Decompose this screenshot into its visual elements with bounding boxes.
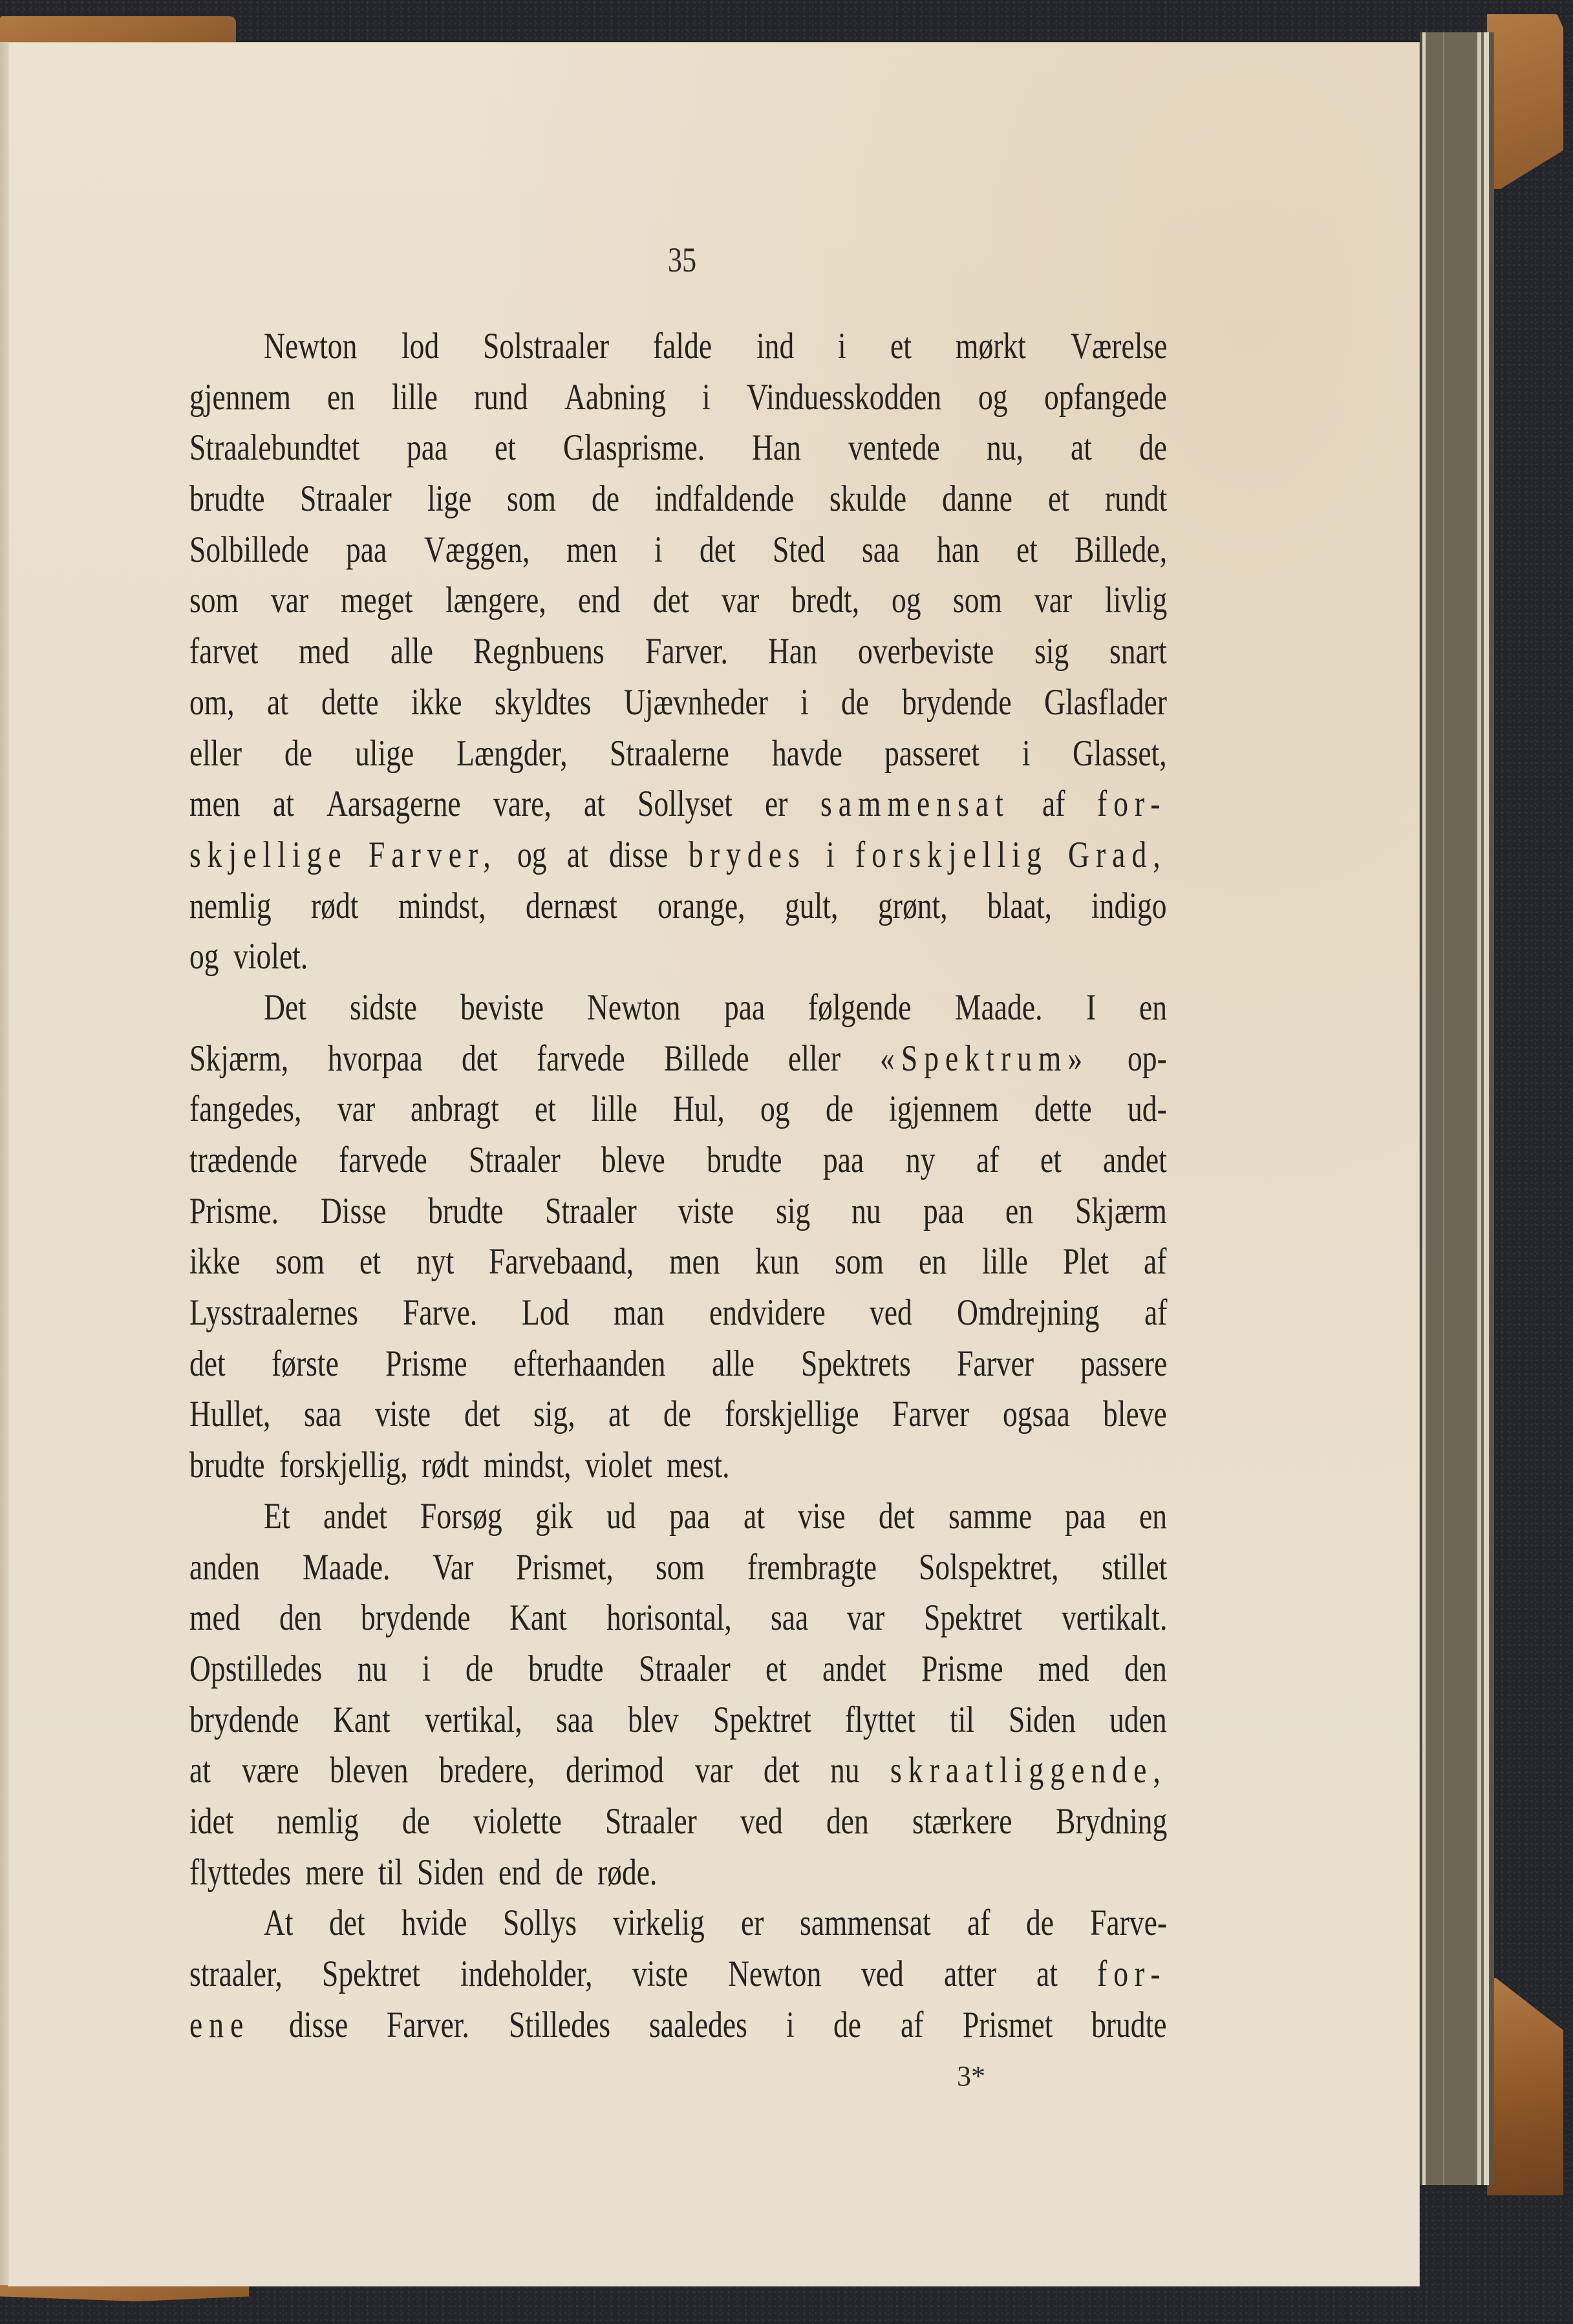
word: Straaler	[469, 1142, 561, 1179]
word: skulde	[829, 480, 906, 518]
word: snart	[1109, 633, 1167, 670]
word: Var	[433, 1549, 473, 1586]
word: det	[879, 1498, 915, 1535]
word: mest.	[667, 1447, 730, 1484]
word: Siden	[1009, 1701, 1076, 1739]
word: blev	[628, 1701, 679, 1739]
word: straaler,	[189, 1956, 283, 1993]
word: trædende	[189, 1142, 297, 1179]
word: violet	[585, 1447, 652, 1484]
word: en	[919, 1243, 947, 1281]
word: med	[1038, 1650, 1089, 1688]
text-line: gjennemenlillerundAabningiVinduesskodden…	[189, 379, 1167, 430]
word: anden	[189, 1549, 260, 1586]
word: som	[953, 582, 1002, 619]
word: som	[275, 1243, 325, 1281]
word: de	[841, 684, 869, 721]
word: saa	[771, 1599, 808, 1637]
word: paa	[407, 429, 447, 467]
text-line: SolbilledepaaVæggen,menidetStedsaahanetB…	[189, 531, 1167, 582]
word: flyttet	[845, 1701, 915, 1739]
word: Straalerne	[610, 735, 729, 773]
word: han	[937, 531, 979, 569]
word: ved	[870, 1294, 912, 1332]
word: meget	[341, 582, 412, 619]
word: Farvebaand,	[489, 1243, 634, 1281]
word: viste	[632, 1956, 688, 1993]
word: forskjellig,	[279, 1447, 408, 1484]
word: den	[826, 1803, 869, 1840]
word: Opstilledes	[189, 1650, 322, 1688]
word: danne	[942, 480, 1012, 518]
word: lille	[392, 379, 438, 416]
word: Billede,	[1075, 531, 1167, 569]
word: er	[741, 1904, 764, 1942]
word: de	[1026, 1904, 1054, 1942]
word: rundt	[1105, 480, 1167, 518]
word: og	[978, 379, 1008, 416]
word: Spektrets	[801, 1345, 911, 1383]
word: horisontal,	[606, 1599, 732, 1637]
word: de	[465, 1650, 493, 1688]
word: paa	[1065, 1498, 1106, 1535]
word: havde	[772, 735, 842, 773]
word: var	[722, 582, 759, 619]
word: I	[1086, 989, 1096, 1027]
word: «Spektrum»	[880, 1040, 1089, 1078]
word: i	[1022, 735, 1031, 773]
word: efterhaanden	[513, 1345, 665, 1383]
word: blaat,	[987, 888, 1052, 925]
text-line: atværeblevenbredere,derimodvardetnuskraa…	[189, 1752, 1167, 1803]
word: Farve.	[403, 1294, 477, 1332]
word: ogsaa	[1003, 1396, 1070, 1433]
word: Solbillede	[189, 531, 309, 569]
word: at	[744, 1498, 765, 1535]
word: Glasflader	[1044, 684, 1167, 721]
word: følgende	[808, 989, 912, 1027]
text-line: brudteStraalerligesomdeindfaldendeskulde…	[189, 480, 1167, 531]
word: Væggen,	[424, 531, 530, 569]
word: atter	[944, 1956, 996, 1993]
word: var	[847, 1599, 884, 1637]
text-line: StraalebundtetpaaetGlasprisme.Hanventede…	[189, 429, 1167, 480]
word: med	[189, 1599, 241, 1637]
text-line: NewtonlodSolstraalerfaldeindietmørktVære…	[189, 328, 1167, 379]
word: skraatliggende,	[890, 1752, 1167, 1789]
text-line: andenMaade.VarPrismet,somfrembragteSolsp…	[189, 1549, 1167, 1600]
body-text: NewtonlodSolstraalerfaldeindietmørktVære…	[189, 328, 1167, 2057]
word: den	[279, 1599, 322, 1637]
word: Solstraaler	[483, 328, 609, 365]
text-line: DetsidstebevisteNewtonpaafølgendeMaade.I…	[189, 989, 1167, 1040]
word: ene	[189, 2007, 250, 2044]
word: disse	[609, 837, 668, 874]
word: ny	[906, 1142, 936, 1179]
word: anbragt	[411, 1091, 499, 1128]
word: vare,	[493, 785, 551, 823]
text-line: skjelligeFarver,ogatdissebrydesiforskjel…	[189, 837, 1167, 888]
word: nu	[358, 1650, 387, 1688]
word: at	[608, 1396, 630, 1433]
word: Farver	[892, 1396, 969, 1433]
word: og	[892, 582, 921, 619]
word: saaledes	[649, 2007, 747, 2044]
word: Hul,	[673, 1091, 725, 1128]
word: Han	[768, 633, 817, 670]
word: Brydning	[1056, 1803, 1167, 1840]
word: et	[1048, 480, 1069, 518]
text-line: brydendeKantvertikal,saablevSpektretflyt…	[189, 1701, 1167, 1753]
word: eller	[788, 1040, 840, 1078]
word: Sollyset	[637, 785, 733, 823]
word: passere	[1080, 1345, 1167, 1383]
word: rødt	[311, 888, 358, 925]
word: Newton	[728, 1956, 821, 1993]
word: ud	[606, 1498, 636, 1535]
word: passeret	[884, 735, 979, 773]
word: orange,	[658, 888, 745, 925]
word: vertikal,	[425, 1701, 522, 1739]
word: sig	[1034, 633, 1069, 670]
word: ventede	[848, 429, 940, 467]
word: alle	[391, 633, 433, 670]
word: det	[189, 1345, 226, 1383]
word: Spektret	[322, 1956, 420, 1993]
word: rødt	[422, 1447, 469, 1484]
signature-mark: 3*	[957, 2062, 985, 2091]
word: at	[1071, 429, 1092, 467]
word: Solspektret,	[919, 1549, 1059, 1586]
word: til	[950, 1701, 974, 1739]
word: bleven	[330, 1752, 409, 1789]
text-line: om,atdetteikkeskyldtesUjævnhederidebryde…	[189, 684, 1167, 735]
text-line: ikkesometnytFarvebaand,menkunsomenlilleP…	[189, 1243, 1167, 1294]
text-line: fangedes,varanbragtetlilleHul,ogdeigjenn…	[189, 1091, 1167, 1142]
word: Prisme	[921, 1650, 1003, 1688]
word: andet	[323, 1498, 387, 1535]
word: lige	[427, 480, 471, 518]
word: nu	[851, 1193, 881, 1230]
word: som	[656, 1549, 705, 1586]
word: livlig	[1105, 582, 1167, 619]
word: at	[584, 785, 605, 823]
text-line: nemligrødtmindst,dernæstorange,gult,grøn…	[189, 888, 1167, 939]
word: Skjærm,	[189, 1040, 288, 1078]
word: i	[654, 531, 663, 569]
word: Kant	[333, 1701, 391, 1739]
word: Sted	[773, 531, 825, 569]
word: Straaler	[300, 480, 392, 518]
word: hvorpaa	[328, 1040, 423, 1078]
word: en	[1005, 1193, 1033, 1230]
word: men	[669, 1243, 720, 1281]
word: brydende	[189, 1701, 299, 1739]
word: af	[1144, 1294, 1167, 1332]
word: flyttedes	[189, 1854, 291, 1892]
word: paa	[923, 1193, 964, 1230]
word: bleve	[1103, 1396, 1167, 1433]
word: overbeviste	[858, 633, 994, 670]
word: i	[422, 1650, 431, 1688]
word: bredt,	[791, 582, 859, 619]
word: andet	[822, 1650, 886, 1688]
word: de	[833, 2007, 861, 2044]
word: sig,	[533, 1396, 575, 1433]
word: det	[764, 1752, 800, 1789]
text-line: idetnemligdevioletteStraalerveddenstærke…	[189, 1803, 1167, 1854]
word: og	[760, 1091, 790, 1128]
word: Farver,	[369, 837, 497, 874]
word: brudte	[189, 480, 265, 518]
word: Farve-	[1090, 1904, 1167, 1942]
word: ind	[756, 328, 794, 365]
word: Prismet	[963, 2007, 1053, 2044]
word: Farver.	[645, 633, 728, 670]
word: forskjellig	[855, 837, 1048, 874]
page-gutter-edge	[0, 42, 8, 2285]
word: nu	[830, 1752, 860, 1789]
word: saa	[304, 1396, 341, 1433]
word: i	[826, 837, 835, 874]
word: mindst,	[398, 888, 486, 925]
text-line: enedisseFarver.StilledessaaledesideafPri…	[189, 2007, 1167, 2058]
word: gjennem	[189, 379, 291, 416]
word: af	[901, 2007, 923, 2044]
word: indigo	[1091, 888, 1167, 925]
word: at	[189, 1752, 211, 1789]
word: samme	[948, 1498, 1032, 1535]
word: ikke	[189, 1243, 241, 1281]
word: sammensat	[800, 1904, 931, 1942]
text-line: menatAarsagernevare,atSollysetersammensa…	[189, 785, 1167, 837]
word: Billede	[664, 1040, 749, 1078]
word: Disse	[321, 1193, 386, 1230]
word: ulige	[355, 735, 414, 773]
word: frembragte	[747, 1549, 877, 1586]
word: Aarsagerne	[326, 785, 461, 823]
word: de	[555, 1854, 583, 1892]
word: Prisme	[385, 1345, 467, 1383]
word: dernæst	[526, 888, 617, 925]
word: det	[653, 582, 689, 619]
word: Newton	[264, 328, 357, 365]
word: Prisme.	[189, 1193, 279, 1230]
text-line: Hullet,saavistedetsig,atdeforskjelligeFa…	[189, 1396, 1167, 1447]
word: de	[826, 1091, 853, 1128]
word: de	[284, 735, 312, 773]
word: nyt	[416, 1243, 454, 1281]
word: brudte	[189, 1447, 265, 1484]
word: idet	[189, 1803, 233, 1840]
word: sig	[776, 1193, 810, 1230]
word: brudte	[707, 1142, 782, 1179]
word: virkelig	[613, 1904, 705, 1942]
word: længere,	[445, 582, 546, 619]
word: paa	[669, 1498, 710, 1535]
word: vertikalt.	[1062, 1599, 1167, 1637]
word: at	[567, 837, 588, 874]
word: opfangede	[1044, 379, 1167, 416]
word: violet.	[233, 938, 308, 975]
word: bredere,	[439, 1752, 535, 1789]
word: Stilledes	[509, 2007, 610, 2044]
word: mindst,	[484, 1447, 572, 1484]
word: gik	[535, 1498, 573, 1535]
word: et	[535, 1091, 556, 1128]
word: stærkere	[912, 1803, 1012, 1840]
word: var	[271, 582, 308, 619]
word: første	[272, 1345, 339, 1383]
word: i	[702, 379, 711, 416]
word: Plet	[1063, 1243, 1109, 1281]
word: som	[835, 1243, 884, 1281]
word: brydes	[689, 837, 806, 874]
word: ved	[861, 1956, 904, 1993]
word: men	[189, 785, 241, 823]
word: de	[663, 1396, 691, 1433]
word: men	[566, 531, 617, 569]
word: lille	[592, 1091, 637, 1128]
word: Newton	[587, 989, 680, 1027]
word: ved	[740, 1803, 783, 1840]
word: de	[1139, 429, 1167, 467]
word: var	[695, 1752, 733, 1789]
word: Et	[264, 1498, 290, 1535]
word: Straaler	[605, 1803, 697, 1840]
word: var	[337, 1091, 375, 1128]
word: om,	[189, 684, 235, 721]
word: i	[838, 328, 846, 365]
word: Værelse	[1071, 328, 1167, 365]
word: med	[299, 633, 350, 670]
word: Straaler	[639, 1650, 731, 1688]
text-line: ellerdeuligeLængder,Straalernehavdepasse…	[189, 735, 1167, 786]
word: gult,	[785, 888, 838, 925]
word: i	[800, 684, 809, 721]
word: grønt,	[878, 888, 948, 925]
word: Forsøg	[420, 1498, 502, 1535]
word: Glasset,	[1073, 735, 1167, 773]
word: og	[189, 938, 219, 975]
word: Det	[264, 989, 306, 1027]
word: Farver.	[387, 2007, 469, 2044]
word: Regnbuens	[473, 633, 605, 670]
word: Siden	[417, 1854, 484, 1892]
word: som	[189, 582, 239, 619]
word: af	[976, 1142, 999, 1179]
text-line: ogviolet.	[189, 938, 1167, 989]
word: saa	[862, 531, 899, 569]
word: at	[267, 684, 288, 721]
text-line: somvarmegetlængere,enddetvarbredt,ogsomv…	[189, 582, 1167, 633]
leather-binding-top-left	[0, 16, 236, 43]
word: røde.	[597, 1854, 657, 1892]
word: Maade.	[955, 989, 1042, 1027]
word: violette	[473, 1803, 562, 1840]
word: Straaler	[545, 1193, 637, 1230]
word: det	[462, 1040, 498, 1078]
word: som	[507, 480, 556, 518]
word: Omdrejning	[957, 1294, 1099, 1332]
text-line: Prisme.DissebrudteStraalervistesignupaae…	[189, 1193, 1167, 1244]
word: igjennem	[889, 1091, 999, 1128]
word: var	[1034, 582, 1072, 619]
word: Kant	[509, 1599, 567, 1637]
word: brudte	[528, 1650, 604, 1688]
word: alle	[712, 1345, 754, 1383]
word: et	[890, 328, 912, 365]
word: Længder,	[456, 735, 568, 773]
word: Maade.	[303, 1549, 390, 1586]
word: Skjærm	[1075, 1193, 1167, 1230]
word: den	[1124, 1650, 1167, 1688]
word: nemlig	[189, 888, 272, 925]
word: en	[1139, 989, 1167, 1027]
text-line: meddenbrydendeKanthorisontal,saavarSpekt…	[189, 1599, 1167, 1650]
word: kun	[755, 1243, 799, 1281]
word: eller	[189, 735, 242, 773]
word: Hullet,	[189, 1396, 270, 1433]
page-number: 35	[663, 242, 700, 277]
word: andet	[1103, 1142, 1167, 1179]
word: af	[1144, 1243, 1166, 1281]
word: sammensat	[820, 785, 1010, 823]
word: At	[264, 1904, 294, 1942]
word: brydende	[902, 684, 1012, 721]
word: mere	[305, 1854, 364, 1892]
word: det	[700, 531, 736, 569]
word: Spektret	[924, 1599, 1022, 1637]
word: for-	[1097, 785, 1167, 823]
word: man	[614, 1294, 665, 1332]
word: af	[1042, 785, 1065, 823]
word: af	[967, 1904, 990, 1942]
word: forskjellige	[725, 1396, 859, 1433]
word: Vinduesskodden	[747, 379, 941, 416]
word: Aabning	[564, 379, 666, 416]
word: end	[578, 582, 621, 619]
word: farvede	[537, 1040, 625, 1078]
word: brudte	[1091, 2007, 1167, 2044]
word: Ujævnheder	[624, 684, 768, 721]
text-line: LysstraalernesFarve.LodmanendviderevedOm…	[189, 1294, 1167, 1345]
text-line: Skjærm,hvorpaadetfarvedeBilledeeller«Spe…	[189, 1040, 1167, 1091]
word: ikke	[411, 684, 462, 721]
word: en	[1139, 1498, 1167, 1535]
word: paa	[823, 1142, 864, 1179]
word: et	[1040, 1142, 1062, 1179]
word: det	[464, 1396, 500, 1433]
word: hvide	[401, 1904, 467, 1942]
word: ud-	[1128, 1091, 1167, 1128]
word: Glasprisme.	[563, 429, 705, 467]
word: og	[517, 837, 547, 874]
word: disse	[289, 2007, 348, 2044]
word: farvet	[189, 633, 258, 670]
word: de	[402, 1803, 430, 1840]
word: lod	[401, 328, 439, 365]
text-line: brudteforskjellig,rødtmindst,violetmest.	[189, 1447, 1167, 1498]
word: det	[329, 1904, 365, 1942]
word: at	[1036, 1956, 1058, 1993]
word: til	[378, 1854, 403, 1892]
word: et	[1016, 531, 1038, 569]
word: skjellige	[189, 837, 348, 874]
text-line: AtdethvideSollysvirkeligersammensatafdeF…	[189, 1904, 1167, 1956]
word: vise	[798, 1498, 845, 1535]
word: indeholder,	[460, 1956, 593, 1993]
